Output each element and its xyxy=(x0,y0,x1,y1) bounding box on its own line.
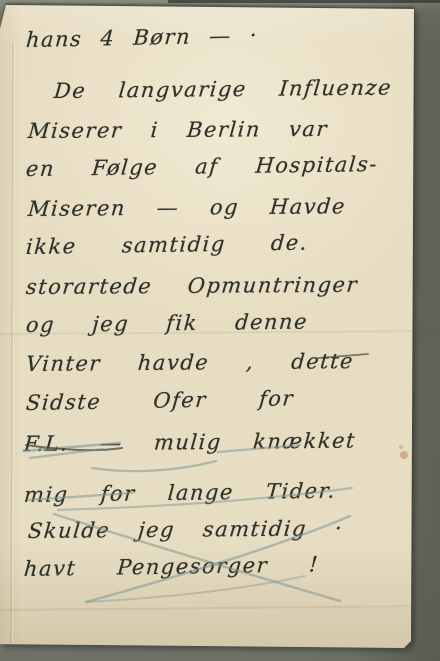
handwritten-line: ikke samtidig de. xyxy=(25,231,309,261)
handwritten-line: hans 4 Børn — · xyxy=(25,23,259,53)
handwritten-line-crossed: Skulde jeg samtidig · xyxy=(27,516,344,544)
handwritten-line-struck: F.L. — mulig knækket xyxy=(23,429,357,458)
handwritten-line: en Følge af Hospitals- xyxy=(25,152,379,182)
handwritten-line: og jeg fik denne xyxy=(25,310,309,339)
letter-paper: hans 4 Børn — · De langvarige Influenze … xyxy=(0,0,440,661)
handwritten-line: Sidste Ofer for xyxy=(25,386,295,416)
handwritten-line: Miseren — og Havde xyxy=(27,194,347,222)
handwritten-line: Vinter havde , dette xyxy=(25,349,355,377)
handwriting: hans 4 Børn — · De langvarige Influenze … xyxy=(0,0,440,661)
handwritten-line: De langvarige Influenze xyxy=(53,75,393,104)
handwritten-line-struck: mig for lange Tider. xyxy=(23,479,337,509)
photo-of-handwritten-letter: { "scene": { "backdrop_color": "#70746a"… xyxy=(0,0,440,661)
handwritten-line: storartede Opmuntringer xyxy=(25,273,359,301)
handwritten-line-crossed: havt Pengesorger ! xyxy=(23,552,320,582)
handwritten-line: Miserer i Berlin var xyxy=(27,117,329,144)
